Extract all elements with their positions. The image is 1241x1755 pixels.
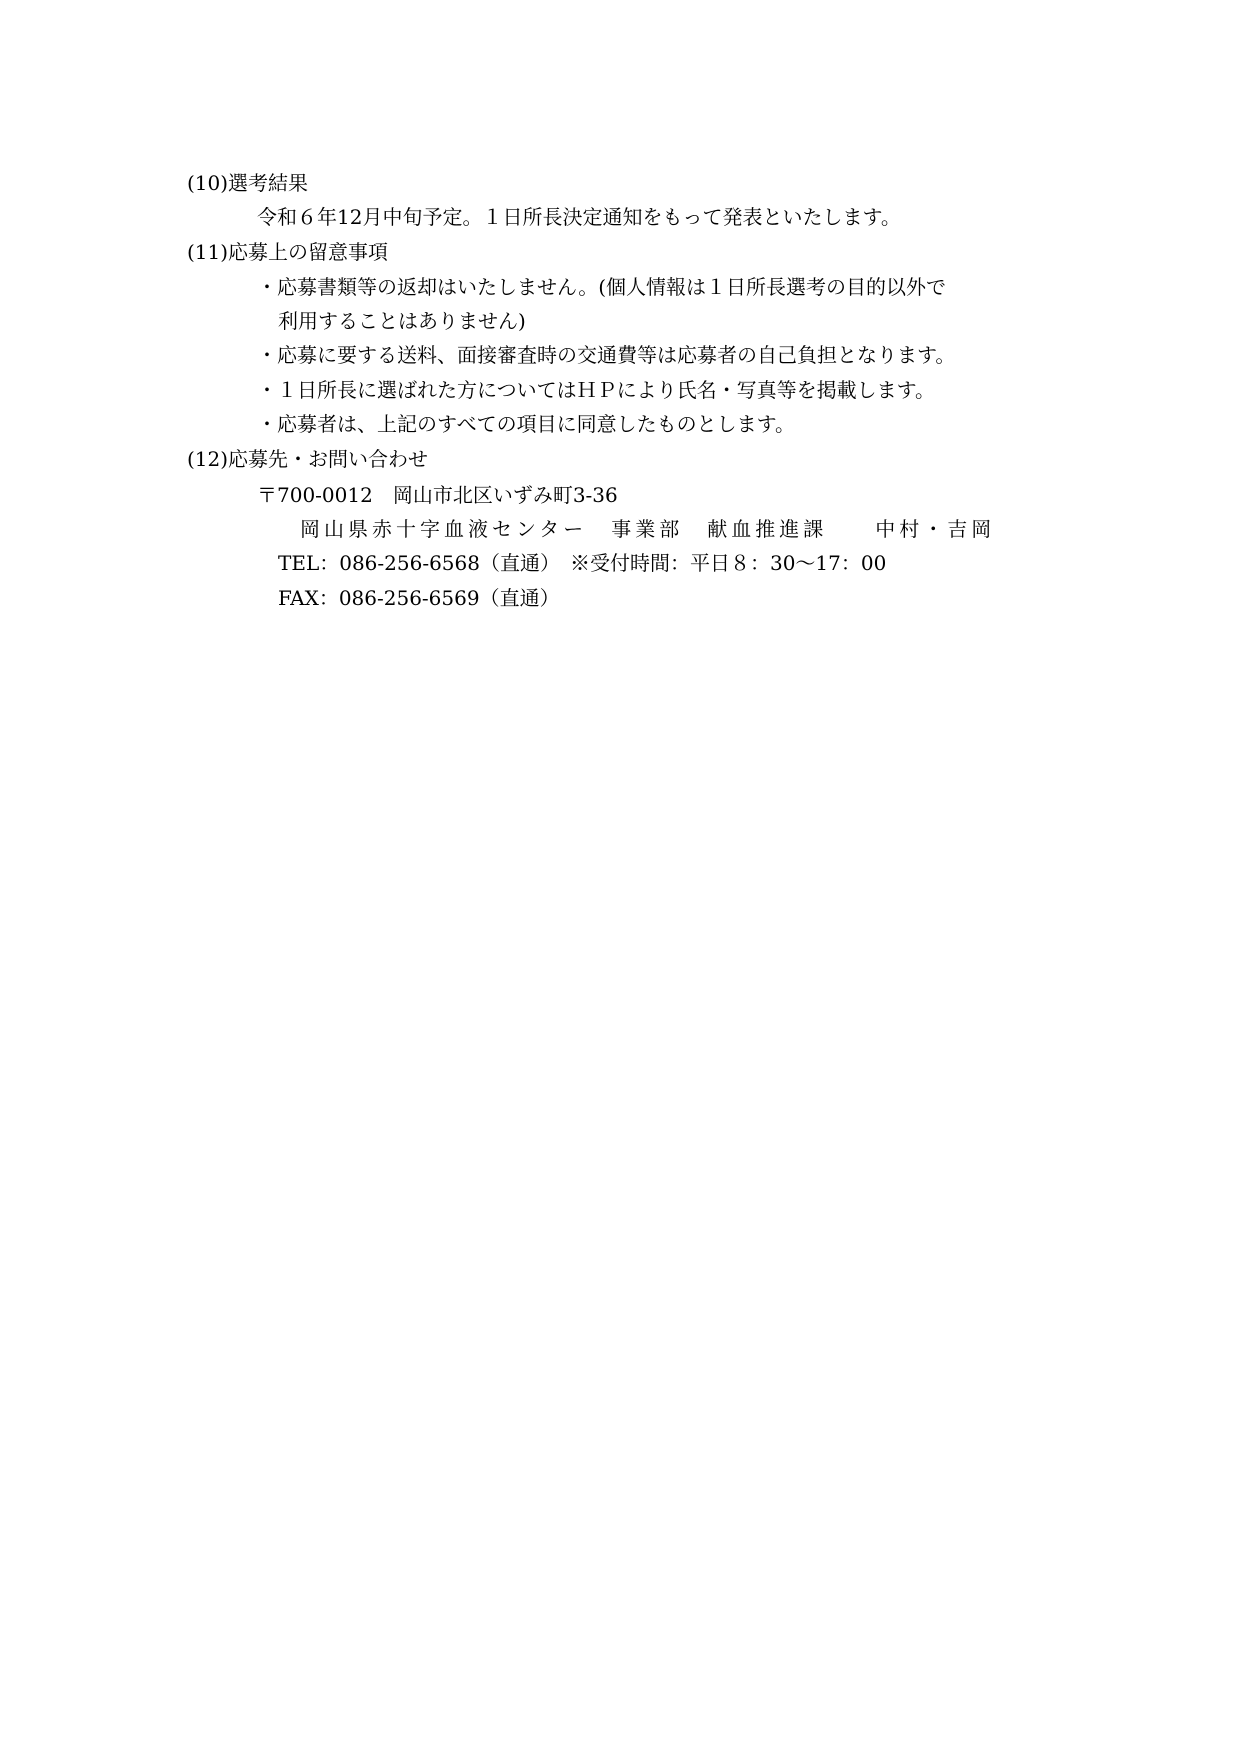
section-10-body: 令和６年12月中旬予定。１日所長決定通知をもって発表といたします。 [257, 205, 901, 229]
section-11-heading: (11)応募上の留意事項 [187, 240, 388, 264]
notice-item-return-continued: 利用することはありません) [278, 309, 526, 333]
contact-fax: FAX：086-256-6569（直通） [278, 586, 560, 610]
contact-organization: 岡山県赤十字血液センター 事業部 献血推進課 中村・吉岡 [300, 517, 995, 541]
notice-item-cost: ・応募に要する送料、面接審査時の交通費等は応募者の自己負担となります。 [257, 343, 955, 367]
notice-item-return: ・応募書類等の返却はいたしません。(個人情報は１日所長選考の目的以外で [257, 275, 946, 299]
notice-item-publish: ・１日所長に選ばれた方についてはＨＰにより氏名・写真等を掲載します。 [257, 378, 935, 402]
postal-address: 〒700-0012 岡山市北区いずみ町3-36 [257, 483, 618, 507]
section-10-heading: (10)選考結果 [187, 171, 308, 195]
contact-tel: TEL：086-256-6568（直通） ※受付時間：平日８：30〜17：00 [278, 551, 886, 575]
section-12-heading: (12)応募先・お問い合わせ [187, 447, 428, 471]
notice-item-consent: ・応募者は、上記のすべての項目に同意したものとします。 [257, 412, 795, 436]
